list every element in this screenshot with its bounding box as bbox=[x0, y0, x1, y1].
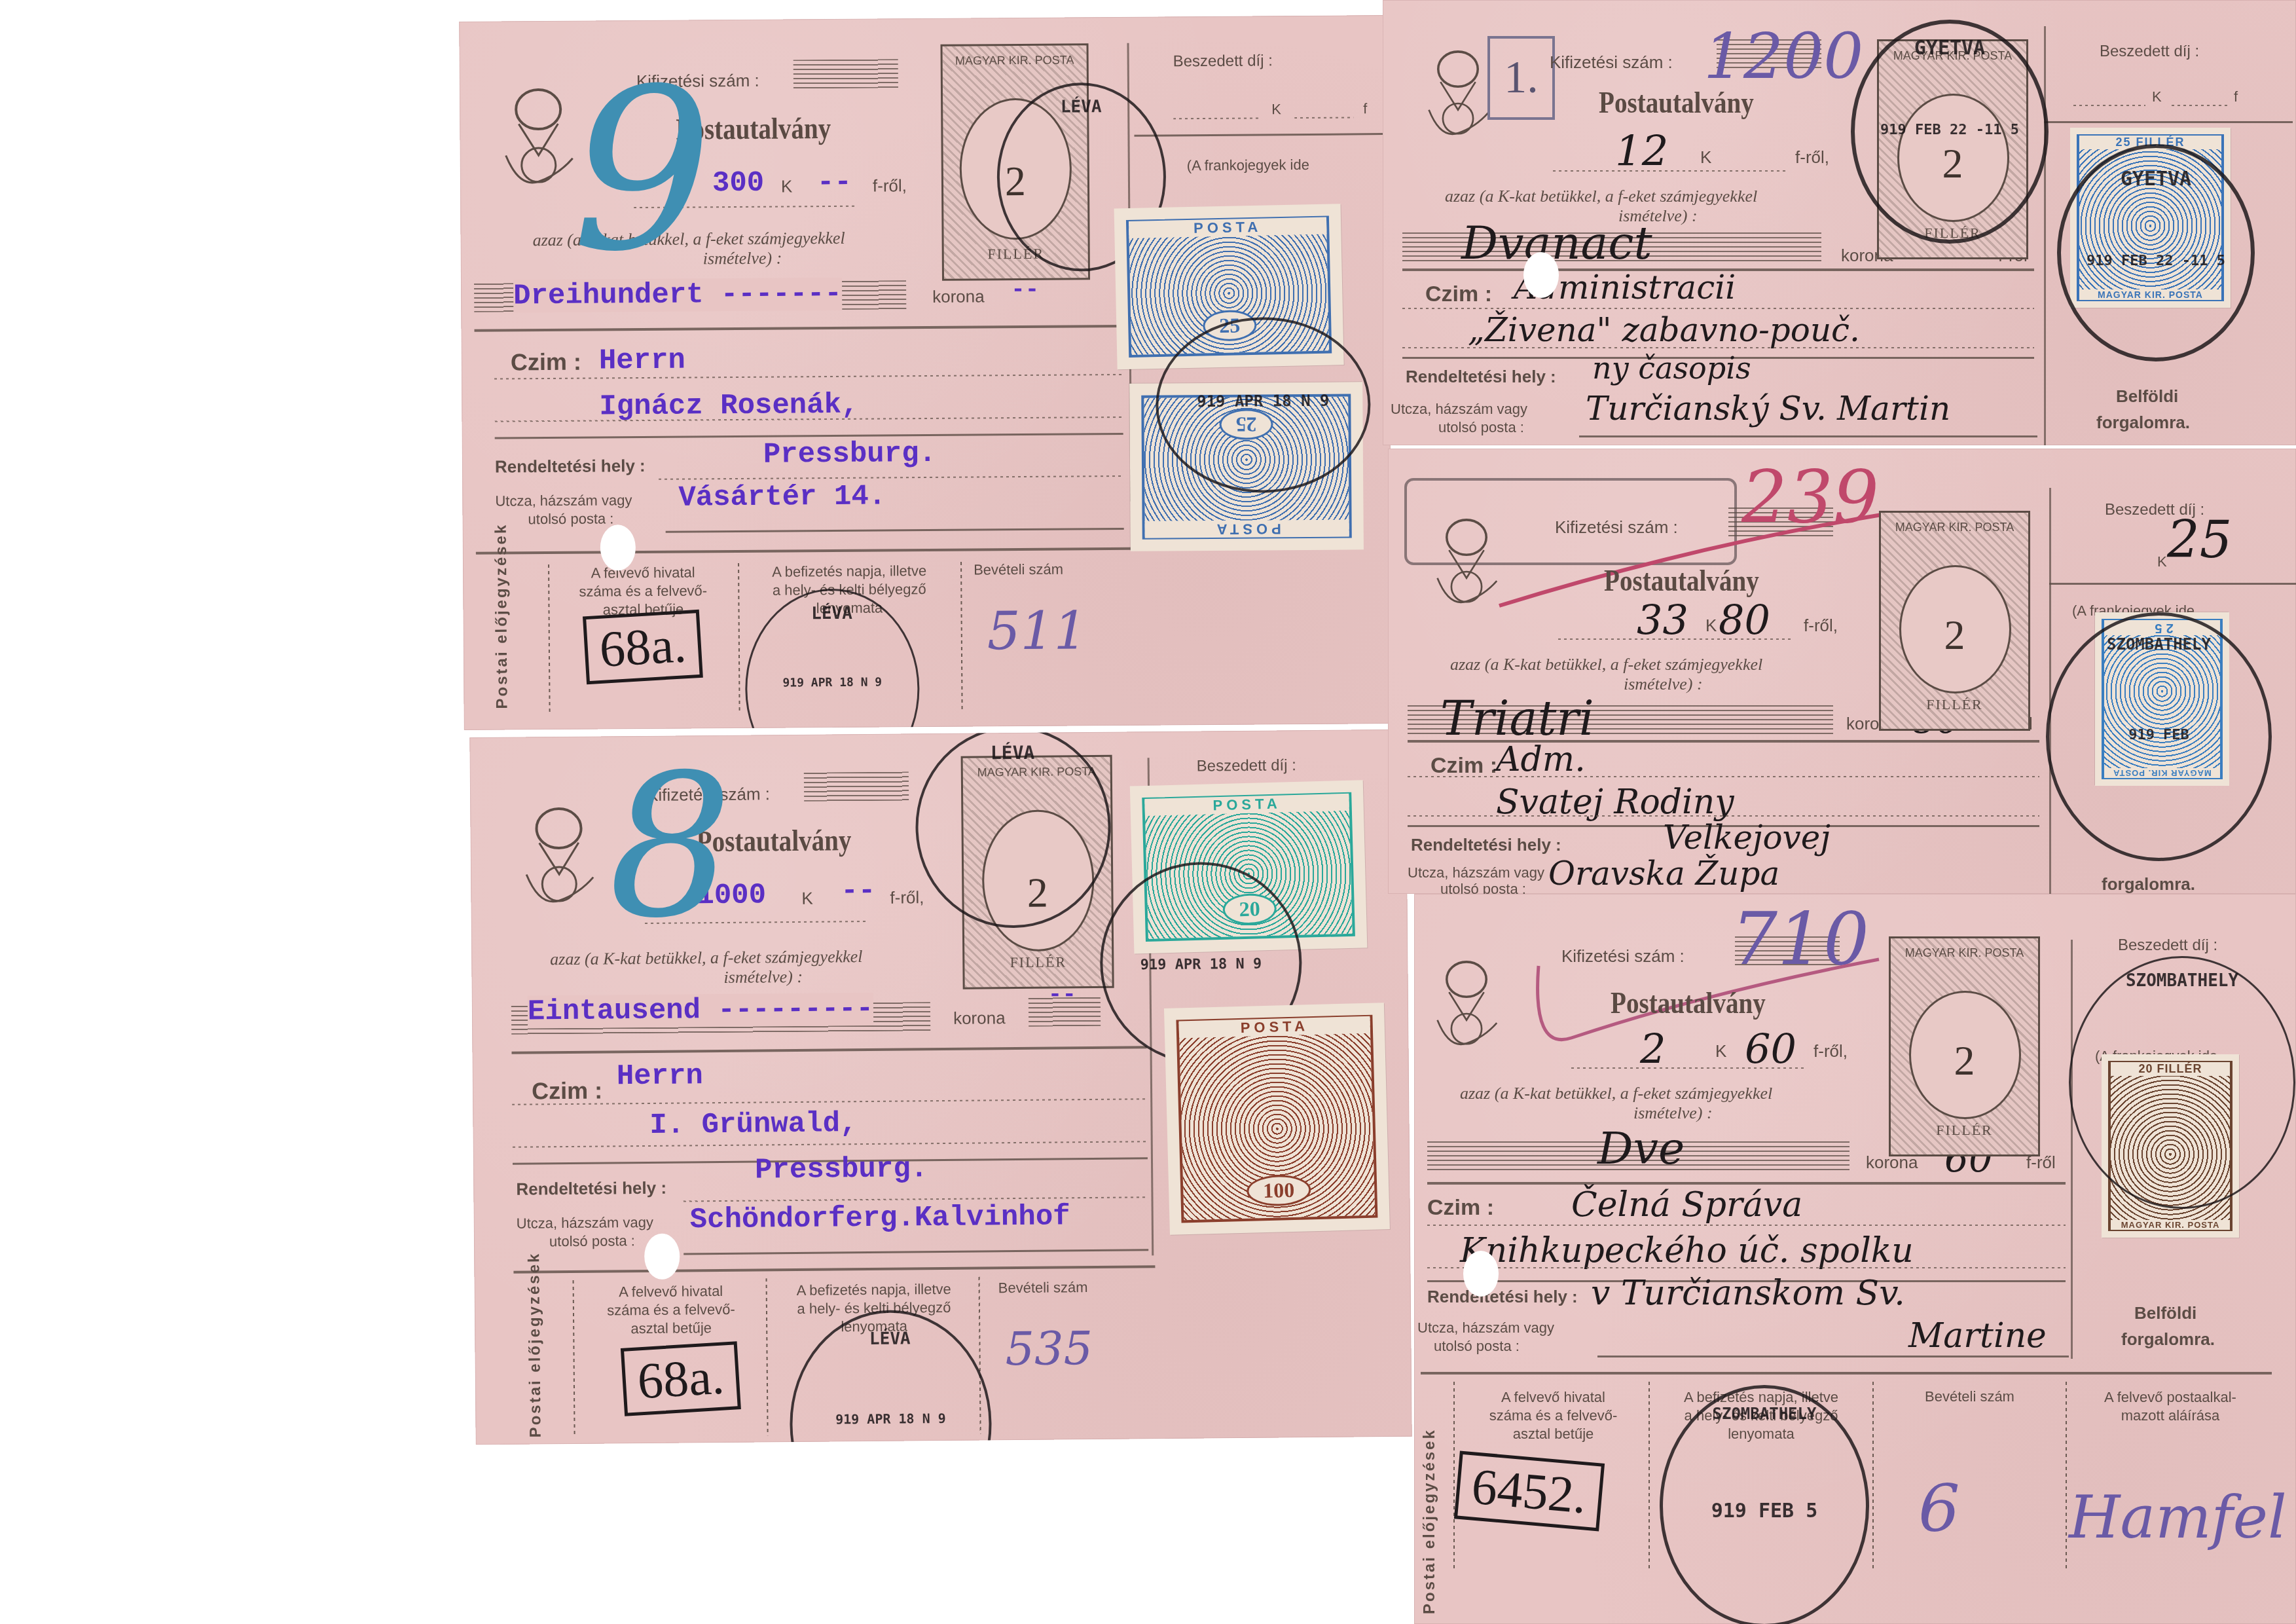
street: Vásártér 14. bbox=[678, 480, 886, 514]
form-title: Postautalvány bbox=[1604, 563, 1759, 598]
destination-dotted-line bbox=[683, 1196, 1148, 1202]
postmark-cancel: GYETVA 919 FEB 22 -11 5 bbox=[1851, 20, 2049, 244]
rendeltetesi-label: Rendeltetési hely : bbox=[1427, 1287, 1578, 1307]
address-line-2: Knihkupeckého úč. spolku bbox=[1460, 1231, 1914, 1270]
imprint-value: 2 bbox=[1891, 1037, 2038, 1085]
fee-k: K bbox=[1271, 101, 1281, 118]
postmark-town: LÉVA bbox=[746, 603, 917, 624]
imprint-header: MAGYAR KIR. POSTA bbox=[943, 53, 1087, 68]
postmark-date: 919 FEB 5 bbox=[1663, 1500, 1866, 1522]
beszedett-dij-label: Beszedett díj : bbox=[1197, 756, 1296, 775]
street: Oravska Župa bbox=[1548, 855, 1779, 893]
frankojegyek-label: (A frankojegyek ide bbox=[1187, 157, 1309, 174]
postmark-town: LÉVA bbox=[792, 1328, 988, 1350]
k-label: K bbox=[1715, 1041, 1726, 1061]
section-divider bbox=[1421, 1372, 2272, 1375]
amount-k: 300 bbox=[712, 167, 765, 200]
amount-f: 60 bbox=[1745, 1025, 1796, 1073]
column-divider bbox=[1872, 1382, 1874, 1572]
azaz-label: azaz (a K-kat betükkel, a f-eket számjeg… bbox=[1450, 655, 1762, 674]
destination-dotted-line bbox=[659, 475, 1123, 480]
stamp-label: POSTA bbox=[1145, 519, 1349, 538]
column-divider bbox=[548, 564, 551, 715]
clerk-signature: Hamfel bbox=[2069, 1483, 2287, 1552]
frol-label: f-ről, bbox=[1795, 147, 1829, 168]
divider bbox=[2044, 121, 2293, 123]
box-cancel: LÉVA 919 APR 18 N 9 bbox=[789, 1309, 993, 1445]
divider bbox=[1579, 435, 2037, 437]
utcza-label: Utcza, házszám vagy bbox=[495, 492, 632, 509]
boxed-sequence-mark: 1. bbox=[1487, 36, 1555, 120]
rendeltetesi-label: Rendeltetési hely : bbox=[495, 456, 646, 477]
divider bbox=[1597, 1356, 2069, 1357]
divider bbox=[512, 1046, 1147, 1054]
fee-k: K bbox=[2157, 553, 2167, 570]
money-order-card-4: Kifizetési szám : 239 Postautalvány 33 K… bbox=[1388, 449, 2296, 894]
amount-words: Eintausend --------- bbox=[528, 993, 874, 1029]
col-befizetes-line: A befizetés napja, illetve bbox=[769, 1280, 979, 1301]
k-label: K bbox=[1705, 616, 1717, 636]
korona-label: korona bbox=[953, 1008, 1006, 1029]
destination: Pressburg. bbox=[755, 1153, 928, 1187]
address-line-1: Herrn bbox=[617, 1060, 703, 1093]
col-beveteli-header: Bevételi szám bbox=[974, 561, 1063, 579]
address-line-1: Adm. bbox=[1496, 740, 1586, 779]
kifizetesi-szam-field bbox=[804, 771, 909, 801]
col-felvevo-header: A felvevő hivatal száma és a felvevő- as… bbox=[579, 1282, 763, 1338]
crown-posthorn-emblem-icon bbox=[499, 83, 578, 202]
col-alairas-line: A felvevő postaalkal- bbox=[2072, 1388, 2269, 1407]
utcza-label: Utcza, házszám vagy bbox=[1417, 1319, 1554, 1337]
printed-postage-imprint: MAGYAR KIR. POSTA 2 FILLÉR bbox=[1879, 511, 2030, 731]
stamp-cancel: SZOMBATHELY bbox=[2069, 956, 2295, 1209]
col-felvevo-line: A felvevő hivatal bbox=[579, 1282, 763, 1301]
address-dotted-line bbox=[494, 374, 1123, 380]
imprint-header: MAGYAR KIR. POSTA bbox=[1881, 521, 2028, 534]
czim-label: Czim : bbox=[511, 348, 581, 377]
kifizetesi-szam-field bbox=[793, 59, 898, 88]
frol-label: f-ről, bbox=[873, 175, 907, 196]
col-alairas-line: mazott aláírása bbox=[2072, 1407, 2269, 1425]
address-line-2: I. Grünwald, bbox=[649, 1107, 857, 1142]
column-divider bbox=[1453, 1382, 1455, 1572]
utolso-label: utolsó posta : bbox=[528, 510, 613, 528]
col-befizetes-line: A befizetés napja, illetve bbox=[744, 562, 954, 581]
box-cancel: SZOMBATHELY 919 FEB 5 bbox=[1660, 1385, 1869, 1624]
punch-hole bbox=[1523, 252, 1559, 298]
postmark-date: 919 APR 18 N 9 bbox=[1158, 391, 1368, 411]
amount-f: -- bbox=[817, 166, 852, 199]
crown-posthorn-emblem-icon bbox=[1427, 956, 1506, 1061]
stamp-face: POSTA 100 bbox=[1176, 1015, 1377, 1223]
street: Schöndorferg.Kalvinhof bbox=[690, 1200, 1070, 1236]
postai-elojegyzesek-label: Postai előjegyzések bbox=[1421, 1428, 1439, 1614]
col-felvevo-line: száma és a felvevő- bbox=[579, 1300, 763, 1319]
postmark-town: LÉVA bbox=[999, 96, 1163, 117]
address-dotted-line bbox=[1408, 776, 2039, 777]
postai-elojegyzesek-label: Postai előjegyzések bbox=[492, 523, 512, 709]
postmark-town: SZOMBATHELY bbox=[1663, 1405, 1866, 1423]
utcza-label: Utcza, házszám vagy bbox=[1391, 401, 1527, 418]
column-divider bbox=[960, 562, 963, 712]
vertical-divider bbox=[2044, 26, 2046, 445]
azaz-label: azaz (a K-kat betükkel, a f-eket számjeg… bbox=[1460, 1084, 1772, 1103]
address-dotted-line bbox=[1408, 815, 2039, 817]
address-line-1: Herrn bbox=[599, 344, 685, 378]
punch-hole bbox=[1463, 1251, 1499, 1297]
postmark-date: 919 APR 18 N 9 bbox=[1102, 955, 1299, 974]
utolso-label: utolsó posta : bbox=[1434, 1338, 1520, 1355]
boxed-mark-text: 1. bbox=[1504, 52, 1539, 103]
amount-words: Dvanact bbox=[1461, 216, 1652, 270]
office-box-number: 68a. bbox=[583, 610, 703, 684]
postmark-town: LÉVA bbox=[917, 741, 1107, 765]
czim-label: Czim : bbox=[1430, 753, 1497, 779]
beveteli-number: 6 bbox=[1918, 1470, 1960, 1547]
office-box-number: 6452. bbox=[1454, 1451, 1605, 1532]
amount-words: Triatri bbox=[1440, 691, 1594, 746]
beveteli-number: 511 bbox=[987, 600, 1087, 661]
utcza-label: Utcza, házszám vagy bbox=[1408, 864, 1544, 881]
belfoldi-label: Belföldi bbox=[2116, 386, 2178, 407]
street: Martine bbox=[1908, 1316, 2047, 1356]
column-divider bbox=[766, 1278, 769, 1435]
col-beveteli-header: Bevételi szám bbox=[1925, 1388, 2014, 1405]
forgalomra-label: forgalomra. bbox=[2096, 413, 2190, 433]
stamp-label: POSTA bbox=[1178, 1016, 1370, 1039]
divider bbox=[2049, 583, 2296, 585]
forgalomra-label: forgalomra. bbox=[2121, 1329, 2215, 1350]
postmark-town: GYETVA bbox=[1855, 37, 2045, 60]
k-label: K bbox=[801, 889, 813, 909]
imprint-footer: FILLÉR bbox=[1881, 696, 2028, 713]
destination: Pressburg. bbox=[763, 437, 936, 471]
beszedett-dij-label: Beszedett díj : bbox=[2118, 936, 2217, 955]
column-divider bbox=[738, 563, 740, 714]
k-label: K bbox=[1700, 147, 1711, 168]
divider bbox=[475, 325, 1123, 332]
pencil-number: 8 bbox=[607, 748, 733, 946]
printed-postage-imprint: MAGYAR KIR. POSTA 2 FILLÉR bbox=[1889, 936, 2040, 1156]
address-line-2: „Živena" zabavno-pouč. bbox=[1468, 311, 1860, 349]
fee-f: f bbox=[2234, 88, 2238, 105]
postmark-date: 919 APR 18 N 9 bbox=[747, 675, 917, 690]
postmark-town: GYETVA bbox=[2061, 168, 2251, 191]
utcza-label: Utcza, házszám vagy bbox=[517, 1214, 653, 1232]
utolso-label: utolsó posta : bbox=[1438, 419, 1524, 436]
money-order-card-2: Kifizetési szám : Postautalvány 1000 K -… bbox=[469, 729, 1412, 1445]
belfoldi-label: Belföldi bbox=[2134, 1303, 2196, 1323]
money-order-card-5: Kifizetési szám : 710 Postautalvány 2 K … bbox=[1414, 894, 2296, 1624]
crown-posthorn-emblem-icon bbox=[519, 802, 599, 921]
address-dotted-line bbox=[1402, 308, 2034, 309]
azaz-label: azaz (a K-kat betükkel, a f-eket számjeg… bbox=[1445, 187, 1757, 206]
destination: ny časopis bbox=[1592, 350, 1751, 386]
crown-posthorn-emblem-icon bbox=[1419, 46, 1497, 151]
k-label: K bbox=[781, 176, 793, 196]
imprint-footer: FILLÉR bbox=[1891, 1122, 2038, 1139]
fee-k-line bbox=[2073, 105, 2145, 106]
frol-label: f-ről, bbox=[1813, 1041, 1848, 1061]
amount-k: 2 bbox=[1640, 1025, 1666, 1073]
address-dotted-line bbox=[1427, 1267, 2066, 1268]
col-beveteli-header: Bevételi szám bbox=[998, 1279, 1088, 1297]
street: Turčianský Sv. Martin bbox=[1586, 390, 1950, 428]
czim-label: Czim : bbox=[1425, 282, 1492, 307]
amount-underline bbox=[1558, 638, 1794, 640]
punch-hole bbox=[600, 525, 636, 570]
divider bbox=[1134, 133, 1383, 137]
postmark-date: 919 FEB bbox=[2049, 727, 2269, 743]
fee-value: 25 bbox=[2167, 511, 2232, 570]
payment-number: 1200 bbox=[1704, 20, 1863, 93]
destination: v Turčianskom Sv. bbox=[1591, 1274, 1905, 1313]
stamp-country: MAGYAR KIR. POSTA bbox=[2111, 1220, 2230, 1230]
col-felvevo-line: A felvevő hivatal bbox=[555, 563, 731, 583]
postmark-date: 919 FEB 22 -11 5 bbox=[1855, 122, 2045, 138]
form-title: Postautalvány bbox=[1599, 85, 1754, 120]
stamp-cancel: 919 APR 18 N 9 bbox=[1155, 316, 1371, 493]
vertical-divider bbox=[2049, 488, 2051, 894]
col-felvevo-line: száma és a felvevő- bbox=[1460, 1407, 1647, 1425]
beveteli-number: 535 bbox=[1005, 1321, 1093, 1376]
imprint-header: MAGYAR KIR. POSTA bbox=[1891, 946, 2038, 960]
postai-elojegyzesek-label: Postai előjegyzések bbox=[525, 1252, 545, 1438]
office-box-number: 68a. bbox=[621, 1341, 741, 1416]
czim-label: Czim : bbox=[1427, 1195, 1494, 1221]
form-title: Postautalvány bbox=[1611, 986, 1766, 1020]
postmark-date: 919 FEB 22 -11 5 bbox=[2061, 253, 2251, 269]
box-cancel: LÉVA 919 APR 18 N 9 bbox=[744, 588, 920, 730]
fee-f-line bbox=[1294, 117, 1353, 119]
stamp-2: POSTA 100 bbox=[1164, 1003, 1390, 1235]
pencil-number: 9 bbox=[571, 59, 714, 283]
rendeltetesi-label: Rendeltetési hely : bbox=[516, 1178, 666, 1200]
stamp-value: 100 bbox=[1247, 1174, 1311, 1207]
address-dotted-line bbox=[1427, 1225, 2066, 1226]
ismetelve-label: ismételve) : bbox=[1624, 674, 1703, 694]
utolso-label: utolsó posta : bbox=[1440, 881, 1526, 894]
beszedett-dij-label: Beszedett díj : bbox=[2100, 43, 2199, 61]
postmark-date: 919 APR 18 N 9 bbox=[792, 1410, 989, 1428]
column-divider bbox=[1649, 1382, 1650, 1572]
column-divider bbox=[573, 1280, 575, 1437]
ismetelve-label: ismételve) : bbox=[723, 967, 803, 987]
address-dotted-line bbox=[513, 1141, 1148, 1147]
imprint-value: 2 bbox=[1881, 611, 2028, 659]
divider bbox=[1427, 1182, 2066, 1185]
ismetelve-label: ismételve) : bbox=[1633, 1103, 1713, 1123]
col-felvevo-line: A felvevő hivatal bbox=[1460, 1388, 1647, 1407]
kifizetesi-szam-label: Kifizetési szám : bbox=[1550, 52, 1673, 73]
divider bbox=[666, 528, 1124, 533]
col-felvevo-line: asztal betűje bbox=[579, 1318, 763, 1338]
column-divider bbox=[2066, 1382, 2067, 1572]
postmark-town: SZOMBATHELY bbox=[2071, 971, 2293, 991]
amount-f: -- bbox=[841, 875, 875, 908]
frol-label: f-ről, bbox=[1804, 616, 1838, 636]
destination: Velkejovej bbox=[1663, 819, 1831, 857]
stamp-cancel: SZOMBATHELY 919 FEB bbox=[2046, 612, 2272, 861]
money-order-card-1: Kifizetési szám : Postautalvány 300 K --… bbox=[459, 15, 1393, 730]
address-line-1: Čelná Správa bbox=[1571, 1185, 1802, 1225]
stamp-label: POSTA bbox=[1129, 217, 1326, 238]
rendeltetesi-label: Rendeltetési hely : bbox=[1406, 367, 1556, 387]
amount-k: 33 bbox=[1637, 596, 1688, 644]
col-felvevo-header: A felvevő hivatal száma és a felvevő- as… bbox=[1460, 1388, 1647, 1443]
frol-label: f-ről, bbox=[890, 887, 924, 908]
czim-label: Czim : bbox=[532, 1077, 602, 1105]
money-order-card-3: 1. Kifizetési szám : 1200 Postautalvány … bbox=[1383, 0, 2296, 445]
amount-underline bbox=[1553, 170, 1789, 172]
section-divider bbox=[476, 547, 1131, 555]
postmark-town: SZOMBATHELY bbox=[2049, 635, 2269, 654]
korona-label: korona bbox=[932, 286, 985, 307]
imprint-footer: FILLÉR bbox=[964, 953, 1112, 972]
stamp-cancel: GYETVA 919 FEB 22 -11 5 bbox=[2057, 144, 2255, 361]
col-felvevo-line: asztal betűje bbox=[1460, 1425, 1647, 1443]
vertical-divider bbox=[2071, 940, 2073, 1359]
amount-words: Dve bbox=[1597, 1123, 1685, 1175]
amount-underline bbox=[1571, 1067, 1807, 1069]
fee-k-line bbox=[1173, 117, 1258, 119]
utolso-label: utolsó posta : bbox=[549, 1232, 635, 1250]
col-felvevo-line: száma és a felvevő- bbox=[555, 581, 731, 601]
beszedett-dij-label: Beszedett díj : bbox=[1173, 52, 1273, 71]
col-felvevo-header: A felvevő hivatal száma és a felvevő- as… bbox=[555, 563, 732, 619]
amount-k: 12 bbox=[1615, 128, 1668, 176]
address-dotted-line bbox=[1402, 347, 2034, 348]
forgalomra-label: forgalomra. bbox=[2102, 874, 2195, 894]
divider bbox=[683, 1249, 1148, 1255]
fee-f: f bbox=[1363, 100, 1367, 117]
rendeltetesi-label: Rendeltetési hely : bbox=[1411, 835, 1561, 855]
address-dotted-line bbox=[512, 1098, 1147, 1105]
stamp-label: POSTA bbox=[1144, 794, 1349, 816]
fee-k: K bbox=[2152, 88, 2162, 105]
amount-f: 80 bbox=[1719, 596, 1770, 644]
punch-hole bbox=[644, 1233, 680, 1279]
fee-f-line bbox=[2172, 105, 2231, 106]
ismetelve-label: ismételve) : bbox=[703, 249, 782, 269]
col-alairas-header: A felvevő postaalkal- mazott aláírása bbox=[2072, 1388, 2269, 1425]
section-divider bbox=[513, 1265, 1155, 1274]
